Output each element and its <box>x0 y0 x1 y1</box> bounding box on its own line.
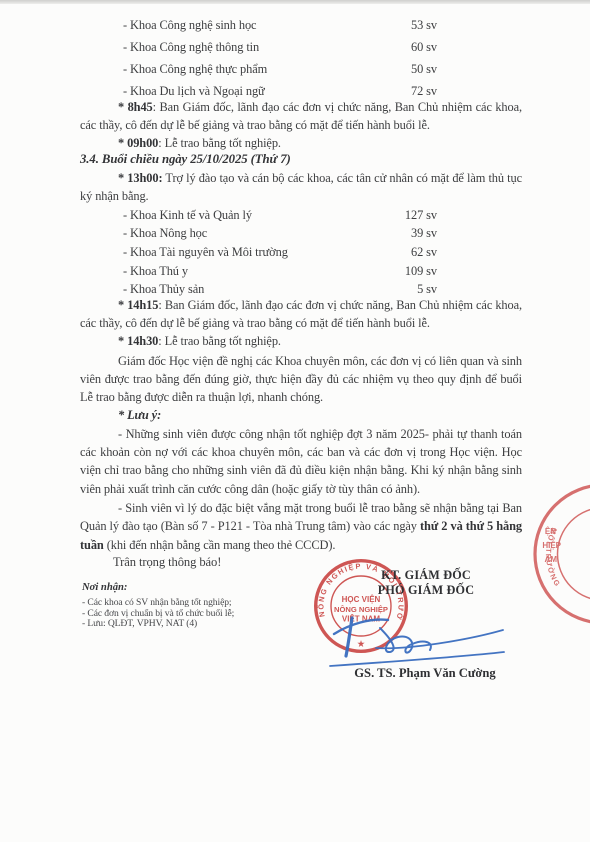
notes-heading-label: * Lưu ý: <box>118 408 161 422</box>
signer-name: GS. TS. Phạm Văn Cường <box>330 666 520 681</box>
section-heading: 3.4. Buổi chiều ngày 25/10/2025 (Thứ 7) <box>80 152 522 167</box>
edge-stamp-frag-1: ỆN <box>545 527 556 536</box>
faculty-name: - Khoa Kinh tế và Quản lý <box>123 208 379 223</box>
faculty-count: 5 sv <box>379 282 437 297</box>
table-row: - Khoa Thú y 109 sv <box>123 262 437 281</box>
faculty-count: 50 sv <box>379 62 437 77</box>
edge-stamp-frag-3: AM <box>545 555 558 564</box>
recipients-block: Nơi nhận: - Các khoa có SV nhận bằng tốt… <box>82 582 312 630</box>
faculty-name: - Khoa Công nghệ thực phẩm <box>123 62 379 77</box>
closing-line: Trân trọng thông báo! <box>113 555 221 570</box>
faculty-name: - Khoa Thủy sản <box>123 282 379 297</box>
note-absent-paragraph: - Sinh viên vì lý do đặc biệt vắng mặt t… <box>80 499 522 554</box>
schedule-item-8h45: * 8h45: Ban Giám đốc, lãnh đạo các đơn v… <box>80 99 522 135</box>
schedule-item-09h00: * 09h00: Lễ trao bằng tốt nghiệp. <box>80 135 522 153</box>
notes-heading: * Lưu ý: <box>80 407 522 425</box>
faculty-count: 53 sv <box>379 18 437 33</box>
edge-stamp-outer-ring <box>535 485 590 623</box>
recipient-line: - Lưu: QLĐT, VPHV, NAT (4) <box>82 619 312 630</box>
time-label: * 14h30 <box>118 334 158 348</box>
faculty-count: 109 sv <box>379 264 437 279</box>
signature-stroke <box>330 652 504 666</box>
schedule-item-14h30: * 14h30: Lễ trao bằng tốt nghiệp. <box>80 333 522 351</box>
signature-stroke <box>376 630 503 648</box>
faculty-name: - Khoa Du lịch và Ngoại ngữ <box>123 84 379 99</box>
faculty-count: 72 sv <box>379 84 437 99</box>
document-page: - Khoa Công nghệ sinh học 53 sv - Khoa C… <box>0 0 590 842</box>
table-row: - Khoa Nông học 39 sv <box>123 225 437 244</box>
note-payment-paragraph: - Những sinh viên được công nhận tốt ngh… <box>80 425 522 498</box>
faculty-count: 39 sv <box>379 226 437 241</box>
director-request-paragraph: Giám đốc Học viện đề nghị các Khoa chuyê… <box>80 352 522 406</box>
faculty-count: 60 sv <box>379 40 437 55</box>
faculty-name: - Khoa Công nghệ sinh học <box>123 18 379 33</box>
time-label: * 09h00 <box>118 136 158 150</box>
recipients-heading: Nơi nhận: <box>82 582 312 593</box>
faculty-count: 62 sv <box>379 245 437 260</box>
signature-stroke <box>346 618 352 656</box>
table-row: - Khoa Công nghệ thực phẩm 50 sv <box>123 58 437 80</box>
note-text: (khi đến nhận bằng cần mang theo thẻ CCC… <box>104 538 336 552</box>
faculty-name: - Khoa Thú y <box>123 264 379 279</box>
edge-stamp-inner-ring <box>558 508 590 601</box>
recipient-line: - Các khoa có SV nhận bằng tốt nghiệp; <box>82 598 312 609</box>
edge-stamp-frag-2: HIỆP <box>542 541 561 550</box>
partial-red-stamp-edge: MÔI TRƯỜNG ỆN HIỆP AM <box>520 481 590 633</box>
signature-title-block: KT. GIÁM ĐỐC PHÓ GIÁM ĐỐC <box>340 568 512 597</box>
faculty-list-afternoon: - Khoa Kinh tế và Quản lý 127 sv - Khoa … <box>123 206 437 299</box>
time-label: * 13h00: <box>118 171 162 185</box>
faculty-name: - Khoa Công nghệ thông tin <box>123 40 379 55</box>
pho-giam-doc-line: PHÓ GIÁM ĐỐC <box>340 583 512 598</box>
table-row: - Khoa Tài nguyên và Môi trường 62 sv <box>123 243 437 262</box>
faculty-count: 127 sv <box>379 208 437 223</box>
faculty-list-morning: - Khoa Công nghệ sinh học 53 sv - Khoa C… <box>123 14 437 102</box>
schedule-item-13h00: * 13h00: Trợ lý đào tạo và cán bộ các kh… <box>80 170 522 206</box>
time-label: * 8h45 <box>118 100 153 114</box>
table-row: - Khoa Công nghệ thông tin 60 sv <box>123 36 437 58</box>
kt-giam-doc-line: KT. GIÁM ĐỐC <box>340 568 512 583</box>
faculty-name: - Khoa Tài nguyên và Môi trường <box>123 245 379 260</box>
table-row: - Khoa Kinh tế và Quản lý 127 sv <box>123 206 437 225</box>
schedule-text: : Lễ trao bằng tốt nghiệp. <box>158 334 281 348</box>
schedule-text: : Lễ trao bằng tốt nghiệp. <box>158 136 281 150</box>
schedule-item-14h15: * 14h15: Ban Giám đốc, lãnh đạo các đơn … <box>80 297 522 333</box>
faculty-name: - Khoa Nông học <box>123 226 379 241</box>
table-row: - Khoa Công nghệ sinh học 53 sv <box>123 14 437 36</box>
scan-edge-band <box>0 0 590 4</box>
time-label: * 14h15 <box>118 298 158 312</box>
signature-stroke <box>334 620 388 634</box>
